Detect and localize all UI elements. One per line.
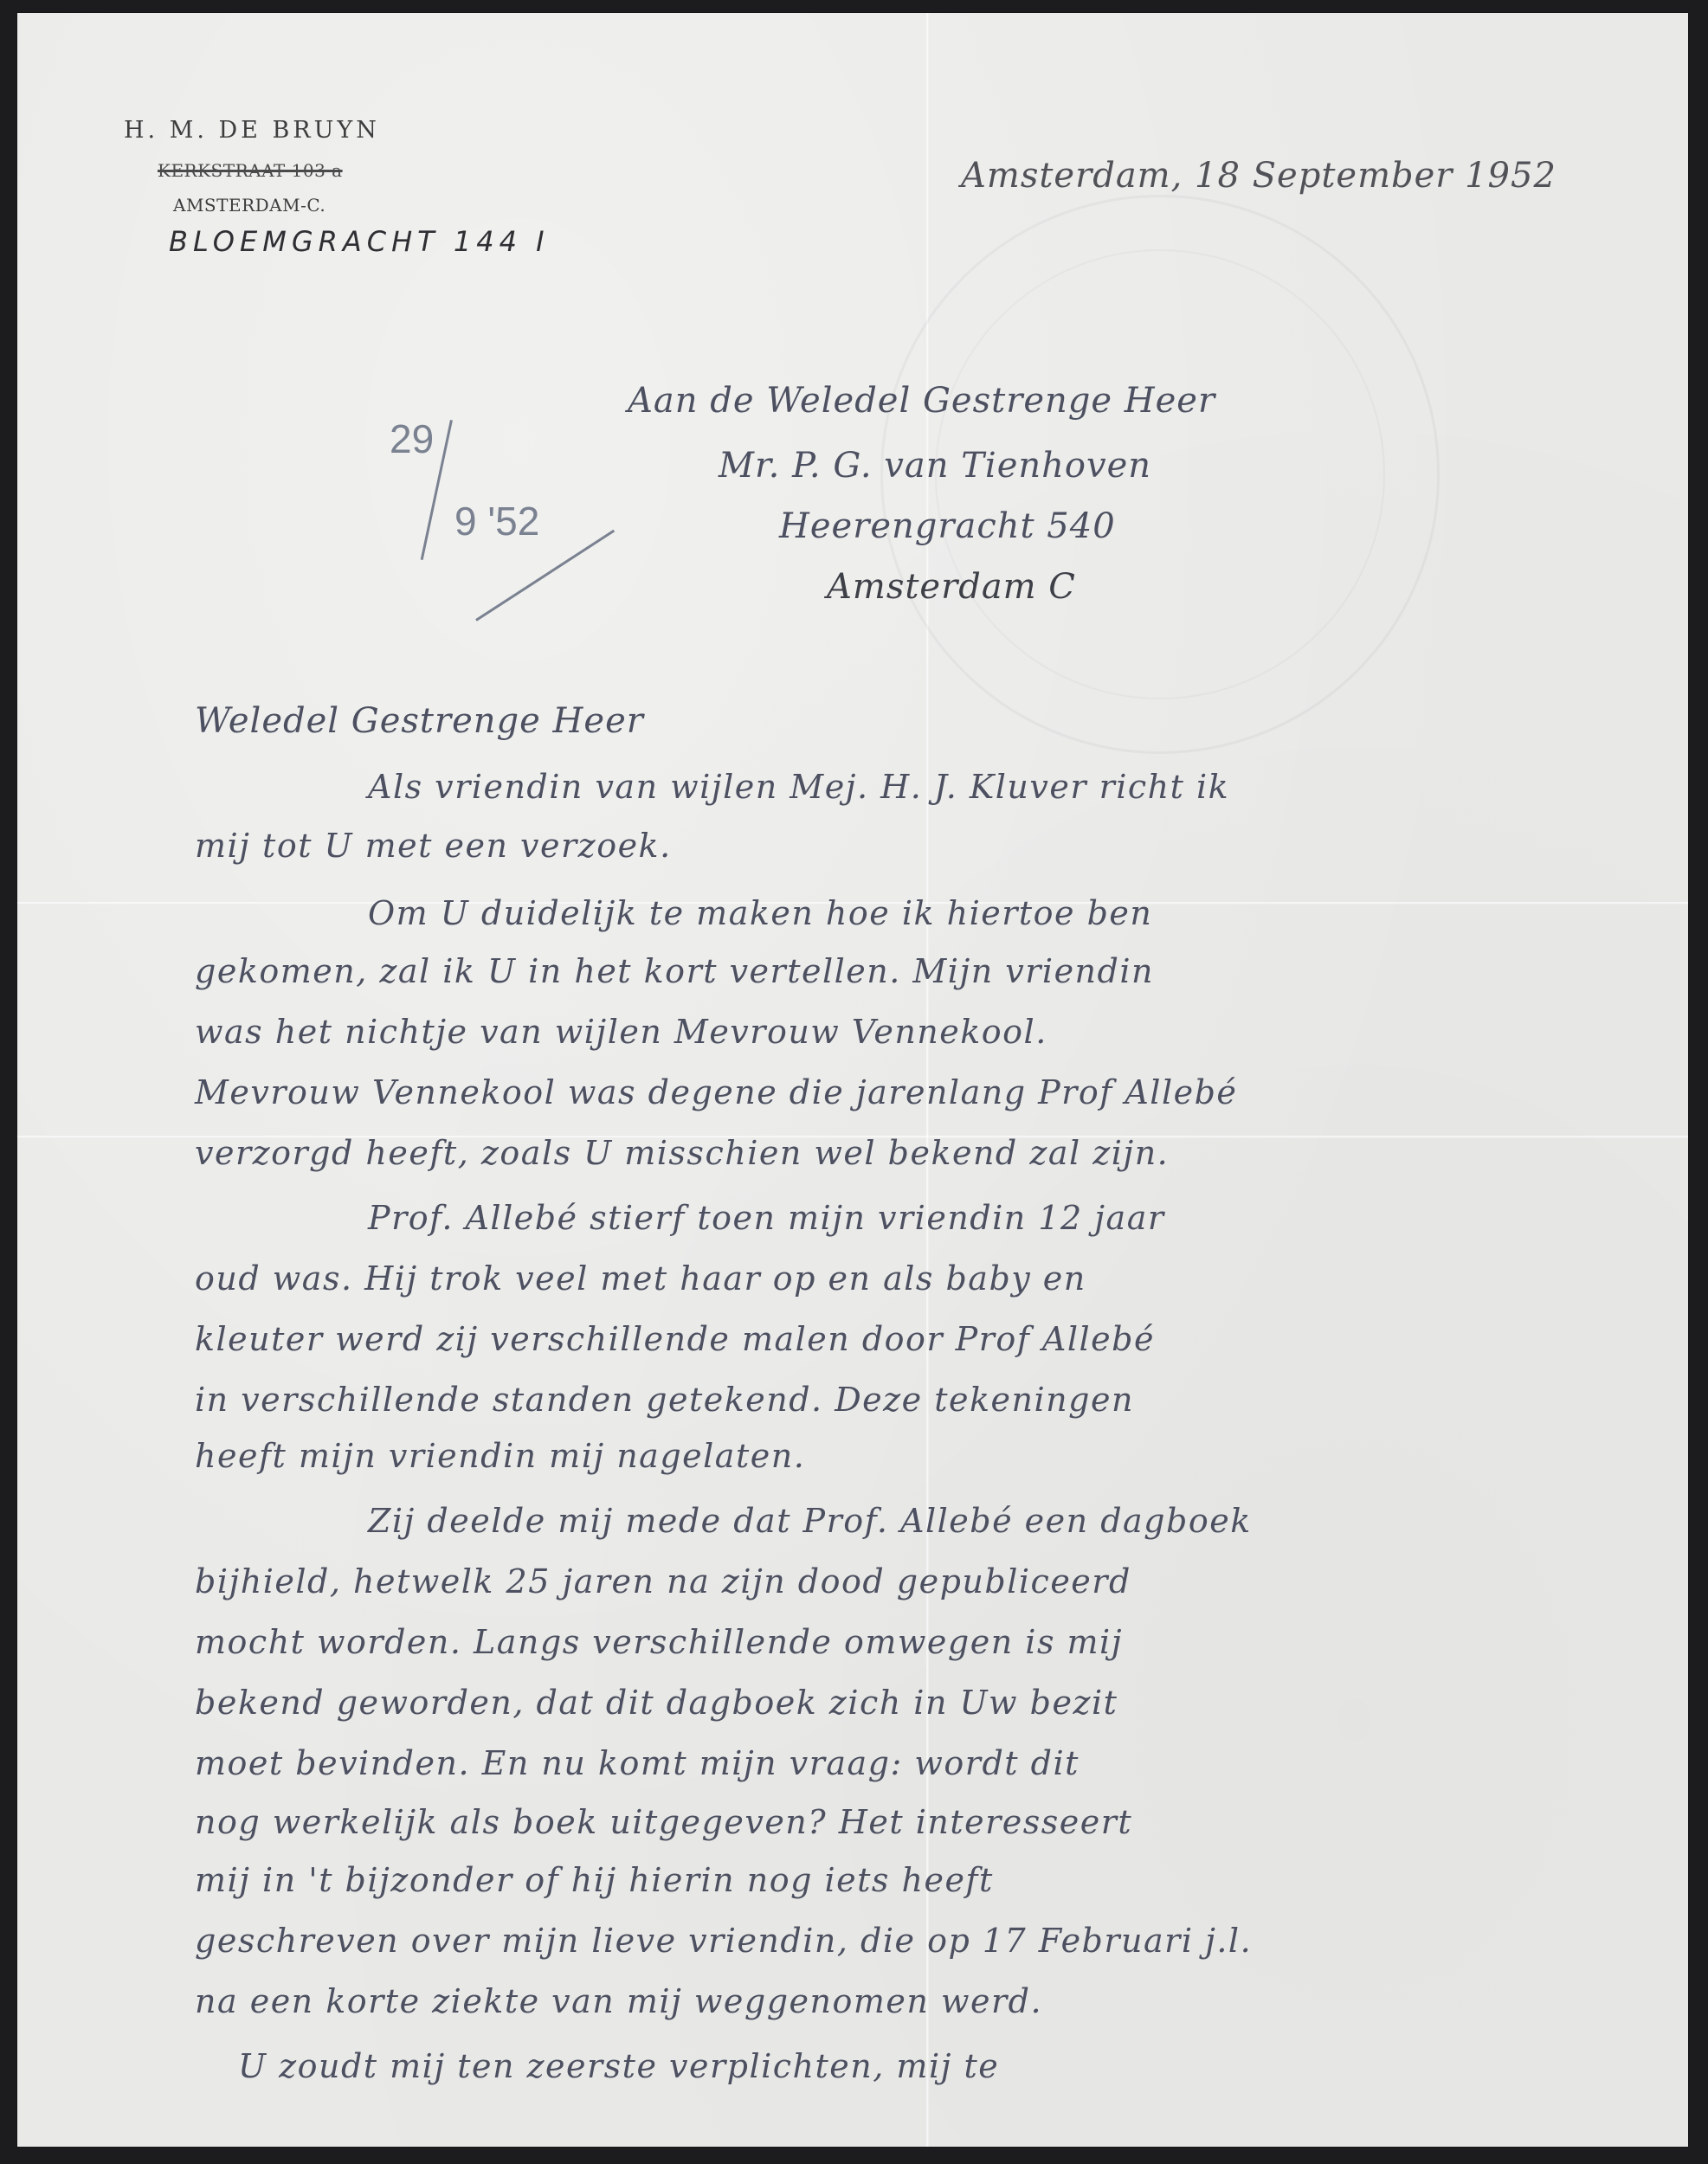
body-line: geschreven over mijn lieve vriendin, die… [195, 1922, 1252, 1960]
letter-page: H. M. DE BRUYN KERKSTRAAT 103 a AMSTERDA… [17, 13, 1688, 2147]
handwritten-new-address: BLOEMGRACHT 144 I [169, 225, 550, 258]
recipient-line-2: Mr. P. G. van Tienhoven [719, 446, 1151, 486]
body-line: heeft mijn vriendin mij nagelaten. [195, 1437, 805, 1475]
recipient-line-4: Amsterdam C [827, 567, 1076, 607]
body-line: U zoudt mij ten zeerste verplichten, mij… [238, 2047, 999, 2085]
letterhead-name: H. M. DE BRUYN [124, 117, 380, 144]
body-line: moet bevinden. En nu komt mijn vraag: wo… [195, 1744, 1080, 1782]
body-line: na een korte ziekte van mij weggenomen w… [195, 1982, 1042, 2020]
body-line: bekend geworden, dat dit dagboek zich in… [195, 1684, 1118, 1722]
body-line: gekomen, zal ik U in het kort vertellen.… [195, 952, 1154, 990]
pencil-note-month-year: 9 '52 [454, 498, 539, 544]
body-line: Zij deelde mij mede dat Prof. Allebé een… [368, 1502, 1252, 1540]
letterhead-struck-street: KERKSTRAAT 103 a [158, 160, 343, 181]
body-line: bijhield, hetwelk 25 jaren na zijn dood … [195, 1562, 1131, 1600]
body-line: Prof. Allebé stierf toen mijn vriendin 1… [368, 1199, 1165, 1237]
recipient-line-1: Aan de Weledel Gestrenge Heer [628, 381, 1215, 421]
salutation: Weledel Gestrenge Heer [195, 701, 644, 741]
body-line: mij tot U met een verzoek. [195, 827, 672, 865]
body-line: kleuter werd zij verschillende malen doo… [195, 1320, 1155, 1358]
pencil-note-day: 29 [390, 415, 434, 462]
body-line: mocht worden. Langs verschillende omwege… [195, 1623, 1123, 1661]
body-line: was het nichtje van wijlen Mevrouw Venne… [195, 1013, 1047, 1051]
body-line: Als vriendin van wijlen Mej. H. J. Kluve… [368, 768, 1229, 806]
body-line: verzorgd heeft, zoals U misschien wel be… [195, 1134, 1169, 1172]
body-line: in verschillende standen getekend. Deze … [195, 1381, 1134, 1419]
body-line: mij in 't bijzonder of hij hierin nog ie… [195, 1861, 994, 1899]
body-line: oud was. Hij trok veel met haar op en al… [195, 1259, 1086, 1298]
body-line: Om U duidelijk te maken hoe ik hiertoe b… [368, 894, 1152, 932]
recipient-line-3: Heerengracht 540 [779, 506, 1116, 546]
body-line: Mevrouw Vennekool was degene die jarenla… [195, 1073, 1237, 1111]
letter-date: Amsterdam, 18 September 1952 [961, 156, 1557, 196]
letterhead-city: AMSTERDAM-C. [173, 195, 325, 216]
body-line: nog werkelijk als boek uitgegeven? Het i… [195, 1803, 1132, 1841]
